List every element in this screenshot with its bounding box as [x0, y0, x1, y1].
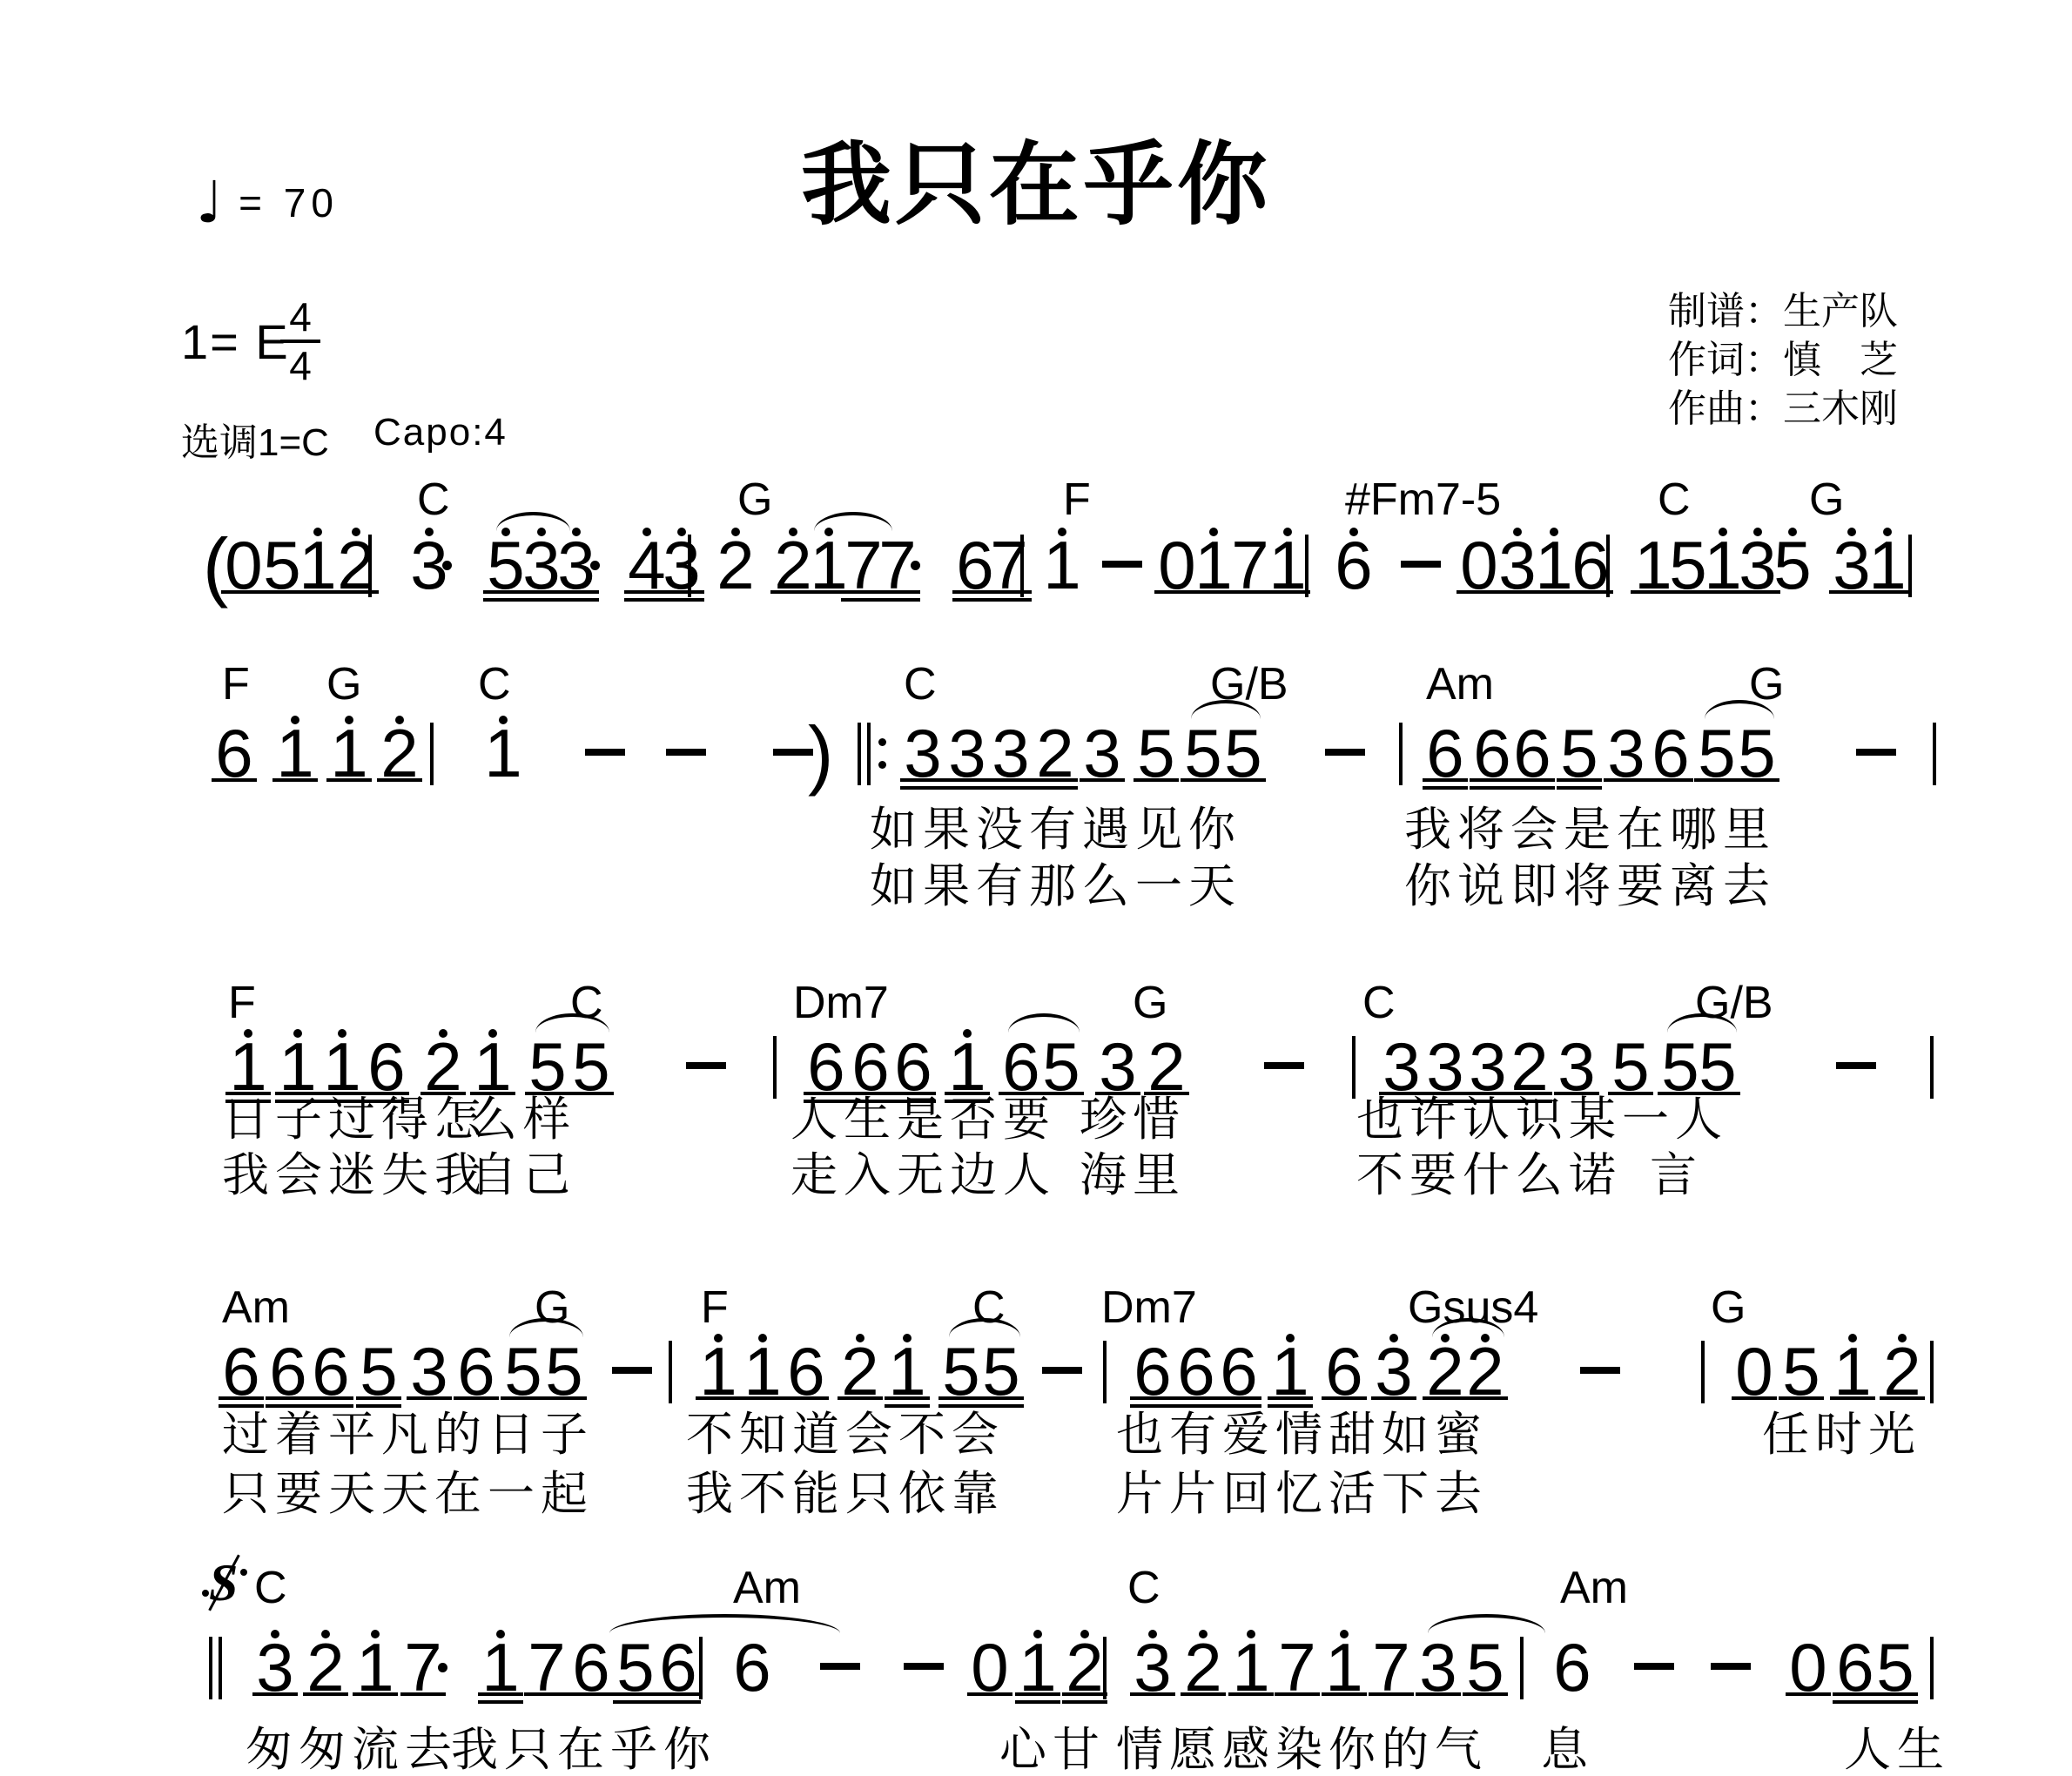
note-token: 3: [522, 531, 561, 599]
double-barline: [209, 1637, 212, 1699]
note-token: 5: [263, 531, 301, 599]
barline: [773, 1036, 777, 1099]
octave-dot: [1349, 528, 1358, 536]
slur-arc: [1428, 1614, 1545, 1633]
note-token: 5: [572, 1033, 610, 1100]
note-token: 5: [1738, 719, 1776, 787]
barline: [1930, 1036, 1934, 1099]
sheet-music-page: 我只在乎你 ♩= 70 1= E 4 4 选调1=C Capo:4 制谱：生产队…: [0, 0, 2072, 1776]
note-token: 1: [1325, 1633, 1363, 1701]
note-token: 1: [1868, 531, 1907, 599]
note-token: 0: [971, 1633, 1009, 1701]
note-token: 2: [1466, 1337, 1504, 1405]
augmentation-dot: [911, 561, 920, 570]
chord-label: Am: [222, 1285, 290, 1330]
lyric-phrase: 不知道会不会: [686, 1410, 1005, 1459]
chord-label: C: [254, 1565, 287, 1611]
note-token: 0: [1460, 531, 1498, 599]
lyric-phrase: 我只在乎你: [451, 1726, 716, 1774]
note-token: 1: [1043, 531, 1081, 599]
repeat-start-barline: [867, 723, 871, 785]
key-signature: 1= E: [181, 313, 290, 370]
note-token: 5: [545, 1337, 583, 1405]
duration-dash: [585, 749, 625, 756]
note-token: 2: [424, 1033, 462, 1100]
note-token: 1: [810, 531, 848, 599]
repeat-start-barline: [858, 723, 861, 785]
lyric-phrase: 匆匆流去: [246, 1726, 458, 1774]
octave-dot: [963, 1029, 972, 1038]
note-token: 6: [1553, 1633, 1591, 1701]
slur-arc: [496, 512, 570, 531]
note-token: 3: [1498, 531, 1537, 599]
slur-arc: [949, 1318, 1020, 1337]
note-token: 3: [1469, 1033, 1507, 1100]
note-token: 2: [1883, 1337, 1921, 1405]
octave-dot: [499, 716, 508, 724]
lyric-phrase: 走入无边人: [790, 1151, 1056, 1200]
octave-dot: [903, 1334, 912, 1342]
octave-dot: [856, 1334, 864, 1342]
octave-dot: [338, 1029, 346, 1038]
barline: [1520, 1637, 1524, 1699]
octave-dot: [1148, 1630, 1157, 1638]
note-token: 2: [1147, 1033, 1186, 1100]
note-token: 6: [1002, 1033, 1040, 1100]
chord-label: F: [222, 662, 250, 707]
note-token: 5: [1137, 719, 1175, 787]
octave-dot: [1719, 528, 1727, 536]
note-token: 1: [699, 1337, 737, 1405]
octave-dot: [677, 528, 686, 536]
note-token: 0: [1789, 1633, 1827, 1701]
note-token: 1: [1535, 531, 1573, 599]
barline: [1399, 723, 1403, 785]
note-token: 1: [279, 1033, 317, 1100]
note-token: 1: [1634, 531, 1672, 599]
note-token: 5: [942, 1337, 980, 1405]
octave-dot: [293, 1029, 302, 1038]
note-token: 5: [1042, 1033, 1080, 1100]
chord-label: G: [737, 477, 772, 522]
note-token: 6: [269, 1337, 307, 1405]
barline: [1701, 1341, 1705, 1403]
slur-arc: [609, 1614, 840, 1633]
note-token: 1: [1271, 1337, 1309, 1405]
chord-label: C: [478, 662, 511, 707]
octave-dot: [714, 1334, 723, 1342]
duration-dash: [1042, 1367, 1082, 1374]
note-token: 5: [360, 1337, 398, 1405]
lyric-phrase: 海里: [1080, 1151, 1186, 1200]
note-token: 7: [844, 531, 883, 599]
duration-dash: [612, 1367, 652, 1374]
duration-dash: [686, 1062, 726, 1069]
note-token: 5: [1224, 719, 1262, 787]
octave-dot: [313, 528, 322, 536]
duration-dash: [820, 1663, 860, 1670]
lyric-phrase: 人生是否要: [790, 1095, 1056, 1144]
slur-arc: [1008, 1013, 1080, 1033]
note-token: 3: [904, 719, 942, 787]
note-token: 4: [628, 531, 666, 599]
note-token: 1: [323, 1033, 361, 1100]
note-token: 6: [733, 1633, 771, 1701]
note-token: 2: [1510, 1033, 1549, 1100]
tempo-value: = 70: [239, 180, 339, 225]
phrase-paren: ): [808, 716, 833, 792]
octave-dot: [1847, 528, 1856, 536]
tempo-marking: ♩= 70: [196, 174, 339, 235]
note-token: 1: [276, 719, 314, 787]
octave-dot: [1209, 528, 1218, 536]
augmentation-dot: [590, 561, 600, 570]
note-token: 2: [841, 1337, 879, 1405]
note-token: 3: [1382, 1033, 1421, 1100]
double-barline: [219, 1637, 222, 1699]
augmentation-dot: [438, 1663, 447, 1672]
note-token: 6: [894, 1033, 932, 1100]
barline: [1606, 535, 1610, 597]
note-token: 5: [1876, 1633, 1914, 1701]
octave-dot: [731, 528, 740, 536]
note-token: 6: [222, 1337, 260, 1405]
barline: [430, 723, 434, 785]
octave-dot: [1513, 528, 1522, 536]
note-token: 0: [1735, 1337, 1773, 1405]
note-token: 6: [851, 1033, 890, 1100]
barline: [1352, 1036, 1356, 1099]
note-token: 3: [1833, 531, 1871, 599]
note-token: 6: [1571, 531, 1610, 599]
note-token: 2: [1426, 1337, 1464, 1405]
octave-dot: [1058, 528, 1066, 536]
note-token: 3: [410, 1337, 448, 1405]
credits-block: 制谱：生产队 作词：慎 芝 作曲：三木刚: [1668, 287, 1898, 434]
barline: [1933, 723, 1936, 785]
lyric-phrase: 息: [1541, 1726, 1594, 1774]
octave-dot: [496, 1630, 505, 1638]
note-token: 1: [1704, 531, 1742, 599]
time-signature-denominator: 4: [280, 343, 320, 388]
barline: [1020, 535, 1024, 597]
octave-dot: [1898, 1334, 1907, 1342]
note-token: 2: [1184, 1633, 1222, 1701]
chord-label: G: [326, 662, 361, 707]
note-token: 5: [1773, 531, 1812, 599]
barline: [1103, 1637, 1107, 1699]
chord-label: Dm7: [1101, 1285, 1197, 1330]
chord-label: C: [1362, 980, 1396, 1026]
note-token: 3: [1557, 1033, 1596, 1100]
chord-label: F: [1063, 477, 1091, 522]
note-token: 1: [1268, 531, 1307, 599]
lyric-phrase: 你说即将要离去: [1404, 862, 1776, 911]
note-token: 2: [1036, 719, 1074, 787]
note-token: 7: [1278, 1633, 1316, 1701]
octave-dot: [371, 1630, 380, 1638]
lyric-phrase: 也许认识某一人: [1356, 1095, 1728, 1144]
note-token: 1: [474, 1033, 512, 1100]
note-token: 5: [1698, 719, 1736, 787]
note-token: 3: [1083, 719, 1121, 787]
lyric-phrase: 片片回忆活下去: [1116, 1470, 1488, 1518]
time-signature-numerator: 4: [280, 294, 320, 343]
lyric-phrase: 自己: [470, 1151, 576, 1200]
duration-dash: [1711, 1663, 1751, 1670]
note-token: 1: [1232, 1633, 1270, 1701]
note-token: 6: [1513, 719, 1551, 787]
lyric-phrase: 任时光: [1762, 1410, 1921, 1459]
repeat-dot: [878, 738, 886, 746]
octave-dot: [345, 716, 353, 724]
note-token: 3: [1375, 1337, 1413, 1405]
note-token: 5: [487, 531, 525, 599]
barline: [699, 1637, 703, 1699]
credit-arranger: 制谱：生产队: [1668, 287, 1898, 335]
chord-label: C: [904, 662, 937, 707]
note-token: 7: [528, 1633, 566, 1701]
octave-dot: [789, 528, 797, 536]
note-token: 5: [982, 1337, 1020, 1405]
note-token: 6: [367, 1033, 406, 1100]
duration-dash: [1401, 561, 1441, 568]
note-token: 3: [663, 531, 701, 599]
note-token: 2: [774, 531, 812, 599]
octave-dot: [1550, 528, 1558, 536]
barline: [1930, 1341, 1934, 1403]
lyric-phrase: 么样: [470, 1095, 576, 1144]
octave-dot: [572, 528, 581, 536]
credit-composer: 作曲：三木刚: [1668, 385, 1898, 433]
note-token: 2: [716, 531, 755, 599]
octave-dot: [1848, 1334, 1857, 1342]
note-token: 3: [1419, 1633, 1457, 1701]
octave-dot: [1199, 1630, 1208, 1638]
note-token: 1: [229, 1033, 267, 1100]
chord-label: C: [1127, 1565, 1160, 1611]
chord-label: C: [1658, 477, 1691, 522]
note-token: 1: [299, 531, 337, 599]
note-token: 5: [1782, 1337, 1820, 1405]
chord-label: F: [701, 1285, 729, 1330]
note-token: 5: [1184, 719, 1222, 787]
credit-lyricist: 作词：慎 芝: [1668, 336, 1898, 384]
lyric-phrase: 心甘: [999, 1726, 1106, 1774]
note-token: 3: [1134, 1633, 1172, 1701]
note-token: 1: [888, 1337, 926, 1405]
chord-label: Am: [1426, 662, 1494, 707]
segno-icon: S: [202, 1555, 249, 1612]
note-token: 3: [1426, 1033, 1464, 1100]
lyric-phrase: 言: [1650, 1151, 1703, 1200]
note-token: 6: [1177, 1337, 1215, 1405]
note-token: 5: [1669, 531, 1707, 599]
octave-dot: [352, 528, 360, 536]
duration-dash: [1634, 1663, 1674, 1670]
repeat-dot: [878, 761, 886, 769]
lyric-phrase: 不要什么诺: [1356, 1151, 1622, 1200]
slur-arc: [509, 1318, 583, 1337]
octave-dot: [1883, 528, 1892, 536]
note-token: 6: [312, 1337, 350, 1405]
note-token: 6: [572, 1633, 610, 1701]
note-token: 6: [215, 719, 253, 787]
lyric-phrase: 我不能只依靠: [686, 1470, 1005, 1518]
octave-dot: [1788, 528, 1797, 536]
lyric-phrase: 日子过得怎: [222, 1095, 488, 1144]
chord-label: Am: [733, 1565, 801, 1611]
note-token: 1: [1019, 1633, 1057, 1701]
lyric-phrase: 只要天天在一起: [222, 1470, 594, 1518]
quarter-note-icon: ♩: [196, 169, 223, 236]
chord-label: C: [417, 477, 450, 522]
barline: [368, 535, 372, 597]
note-token: 6: [1836, 1633, 1874, 1701]
duration-dash: [1264, 1062, 1304, 1069]
chord-label: G: [1809, 477, 1844, 522]
slur-arc: [814, 512, 892, 531]
note-token: 5: [1560, 719, 1598, 787]
octave-dot: [1286, 1334, 1295, 1342]
note-token: 3: [948, 719, 986, 787]
note-token: 5: [1699, 1033, 1737, 1100]
note-token: 5: [504, 1337, 542, 1405]
octave-dot: [395, 716, 404, 724]
octave-dot: [1283, 528, 1292, 536]
note-token: 6: [1220, 1337, 1258, 1405]
note-token: 6: [787, 1337, 825, 1405]
octave-dot: [1080, 1630, 1089, 1638]
note-token: 6: [1325, 1337, 1363, 1405]
note-token: 5: [1661, 1033, 1699, 1100]
barline: [669, 1341, 672, 1403]
duration-dash: [1102, 561, 1142, 568]
note-token: 6: [1426, 719, 1464, 787]
duration-dash: [1836, 1062, 1876, 1069]
note-token: 6: [1652, 719, 1690, 787]
octave-dot: [1389, 1334, 1398, 1342]
time-signature: 4 4: [280, 294, 320, 388]
octave-dot: [642, 528, 651, 536]
chord-label: Dm7: [793, 980, 889, 1026]
note-token: 6: [1335, 531, 1373, 599]
augmentation-dot: [442, 561, 452, 570]
note-token: 0: [225, 531, 263, 599]
note-token: 1: [481, 1633, 520, 1701]
chord-label: F: [228, 980, 256, 1026]
note-token: 6: [457, 1337, 495, 1405]
note-token: 2: [380, 719, 419, 787]
note-token: 0: [1158, 531, 1196, 599]
note-token: 7: [1231, 531, 1269, 599]
note-token: 6: [807, 1033, 845, 1100]
chord-label: G: [1749, 662, 1784, 707]
lyric-phrase: 珍惜: [1080, 1095, 1186, 1144]
note-token: 3: [256, 1633, 294, 1701]
duration-dash: [1325, 749, 1365, 756]
lyric-phrase: 我将会是在哪里: [1404, 805, 1776, 854]
note-token: 1: [1194, 531, 1233, 599]
duration-dash: [1856, 749, 1896, 756]
octave-dot: [271, 1630, 279, 1638]
octave-dot: [488, 1029, 497, 1038]
octave-dot: [439, 1029, 447, 1038]
note-token: 5: [616, 1633, 655, 1701]
note-token: 6: [659, 1633, 697, 1701]
octave-dot: [758, 1334, 767, 1342]
note-token: 5: [528, 1033, 567, 1100]
note-token: 1: [1833, 1337, 1872, 1405]
note-token: 1: [330, 719, 368, 787]
lyric-phrase: 人生: [1844, 1726, 1950, 1774]
note-token: 1: [484, 719, 522, 787]
lyric-phrase: 如果有那么一天: [870, 862, 1241, 911]
note-token: 6: [1134, 1337, 1172, 1405]
lyric-phrase: 过着平凡的日子: [222, 1410, 594, 1459]
octave-dot: [1247, 1630, 1255, 1638]
chord-label: G: [1133, 980, 1167, 1026]
octave-dot: [291, 716, 299, 724]
note-token: 5: [1466, 1633, 1504, 1701]
lyric-phrase: 如果没有遇见你: [870, 805, 1241, 854]
octave-dot: [1033, 1630, 1042, 1638]
note-token: 1: [948, 1033, 986, 1100]
octave-dot: [1753, 528, 1762, 536]
note-token: 1: [356, 1633, 394, 1701]
chord-label: Am: [1560, 1565, 1628, 1611]
barline: [1908, 535, 1912, 597]
note-token: 6: [956, 531, 994, 599]
note-token: 1: [743, 1337, 782, 1405]
chord-label: G: [1711, 1285, 1746, 1330]
lyric-phrase: 我会迷失我: [222, 1151, 488, 1200]
octave-dot: [425, 528, 434, 536]
note-token: 2: [1066, 1633, 1104, 1701]
alternate-key: 选调1=C: [181, 411, 329, 467]
lyric-phrase: 也有爱情甜如蜜: [1116, 1410, 1488, 1459]
barline: [1930, 1637, 1934, 1699]
barline: [688, 535, 691, 597]
note-token: 2: [306, 1633, 345, 1701]
note-token: 3: [992, 719, 1030, 787]
barline: [1305, 535, 1308, 597]
lyric-phrase: 情愿感染你的气: [1116, 1726, 1488, 1774]
capo-indicator: Capo:4: [373, 411, 508, 454]
note-token: 5: [1611, 1033, 1650, 1100]
octave-dot: [1340, 1630, 1349, 1638]
note-token: 6: [1473, 719, 1511, 787]
octave-dot: [244, 1029, 252, 1038]
duration-dash: [666, 749, 706, 756]
duration-dash: [1580, 1367, 1620, 1374]
note-token: 3: [1739, 531, 1777, 599]
octave-dot: [321, 1630, 330, 1638]
duration-dash: [904, 1663, 944, 1670]
note-token: 3: [1099, 1033, 1137, 1100]
barline: [1103, 1341, 1107, 1403]
note-token: 7: [1372, 1633, 1410, 1701]
chord-label: #Fm7-5: [1345, 477, 1501, 522]
note-token: 3: [1607, 719, 1645, 787]
note-token: 7: [404, 1633, 442, 1701]
